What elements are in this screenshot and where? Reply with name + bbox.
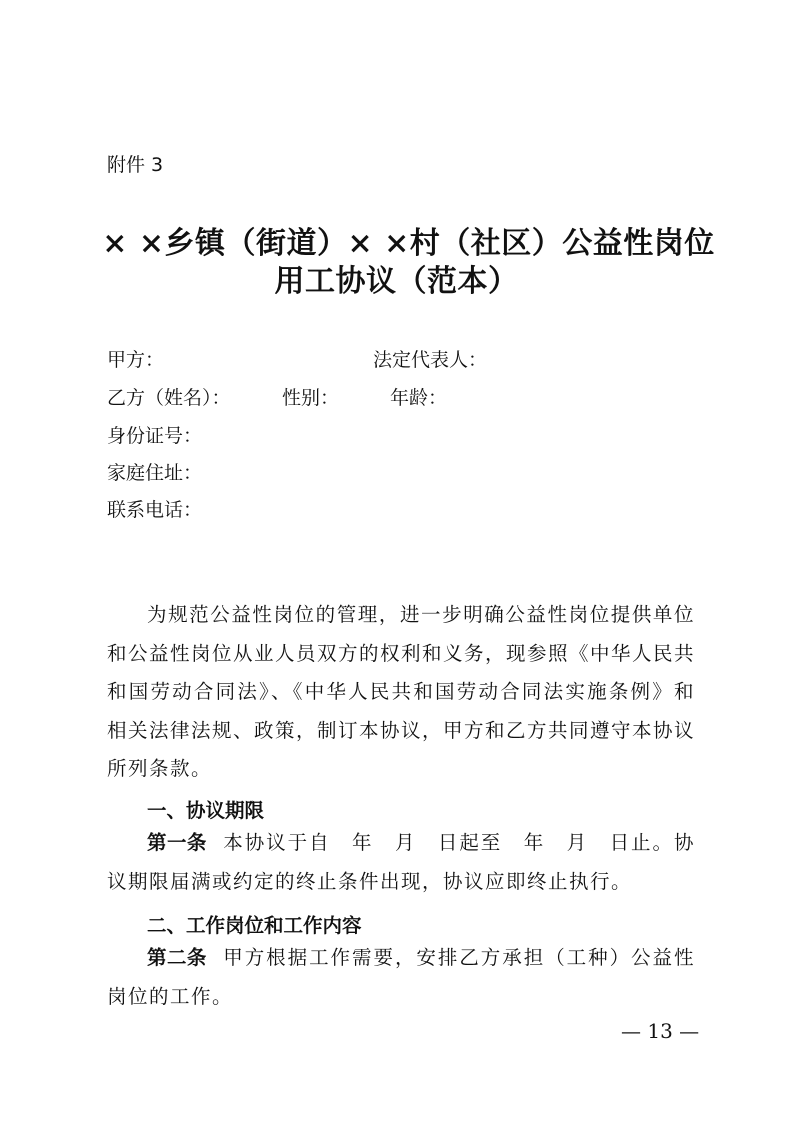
article-1-label: 第一条 bbox=[147, 831, 207, 854]
field-age: 年龄： bbox=[390, 383, 447, 410]
field-phone: 联系电话： bbox=[107, 495, 202, 522]
page-number: — 13 — bbox=[621, 1019, 699, 1043]
document-title-line2: 用工协议（范本） bbox=[0, 256, 793, 300]
section-heading-2: 二、工作岗位和工作内容 bbox=[147, 910, 362, 938]
article-1: 第一条 本协议于自 年 月 日起至 年 月 日止。协议期限届满或约定的终止条件出… bbox=[107, 824, 695, 901]
article-2: 第二条 甲方根据工作需要，安排乙方承担（工种）公益性岗位的工作。 bbox=[107, 939, 695, 1016]
section-heading-1: 一、协议期限 bbox=[147, 795, 264, 823]
article-2-label: 第二条 bbox=[147, 946, 207, 969]
field-gender: 性别： bbox=[282, 383, 339, 410]
field-address: 家庭住址： bbox=[107, 458, 202, 485]
attachment-label: 附件 3 bbox=[107, 150, 163, 177]
field-legal-rep: 法定代表人： bbox=[373, 345, 487, 372]
preamble-paragraph: 为规范公益性岗位的管理，进一步明确公益性岗位提供单位和公益性岗位从业人员双方的权… bbox=[107, 596, 695, 789]
field-party-b-name: 乙方（姓名）： bbox=[107, 383, 231, 410]
field-id-number: 身份证号： bbox=[107, 421, 202, 448]
field-party-a: 甲方： bbox=[107, 345, 164, 372]
